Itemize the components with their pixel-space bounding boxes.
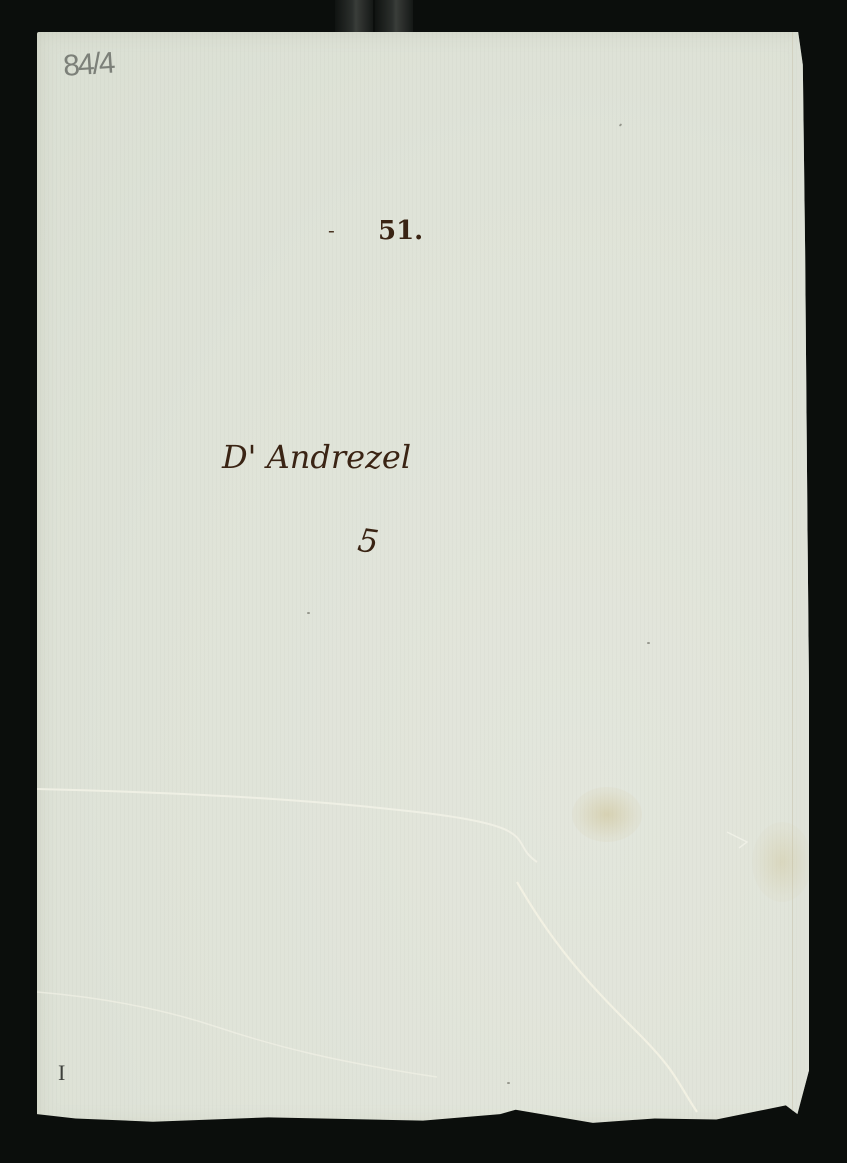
paper-speck xyxy=(507,1082,510,1084)
volume-mark: I xyxy=(58,1060,65,1086)
shelfmark-label: 84/4 xyxy=(62,46,115,83)
paper-sheet xyxy=(37,32,809,1125)
scan-image: 84/4 - 51. D' Andrezel 5 I xyxy=(0,0,847,1163)
signature-name: D' Andrezel xyxy=(222,438,411,476)
deckle-edge-right xyxy=(792,32,809,1125)
paper-speck xyxy=(647,642,650,644)
foxing-stain xyxy=(572,787,642,842)
binding-strip-right xyxy=(375,0,413,34)
paper-creases xyxy=(37,32,809,1125)
paper-speck xyxy=(619,123,622,127)
dash-mark: - xyxy=(328,218,335,242)
foxing-stain-edge xyxy=(752,822,812,902)
paper-speck xyxy=(307,612,310,614)
page-number: 51. xyxy=(378,216,423,246)
binding-strip-left xyxy=(335,0,373,34)
